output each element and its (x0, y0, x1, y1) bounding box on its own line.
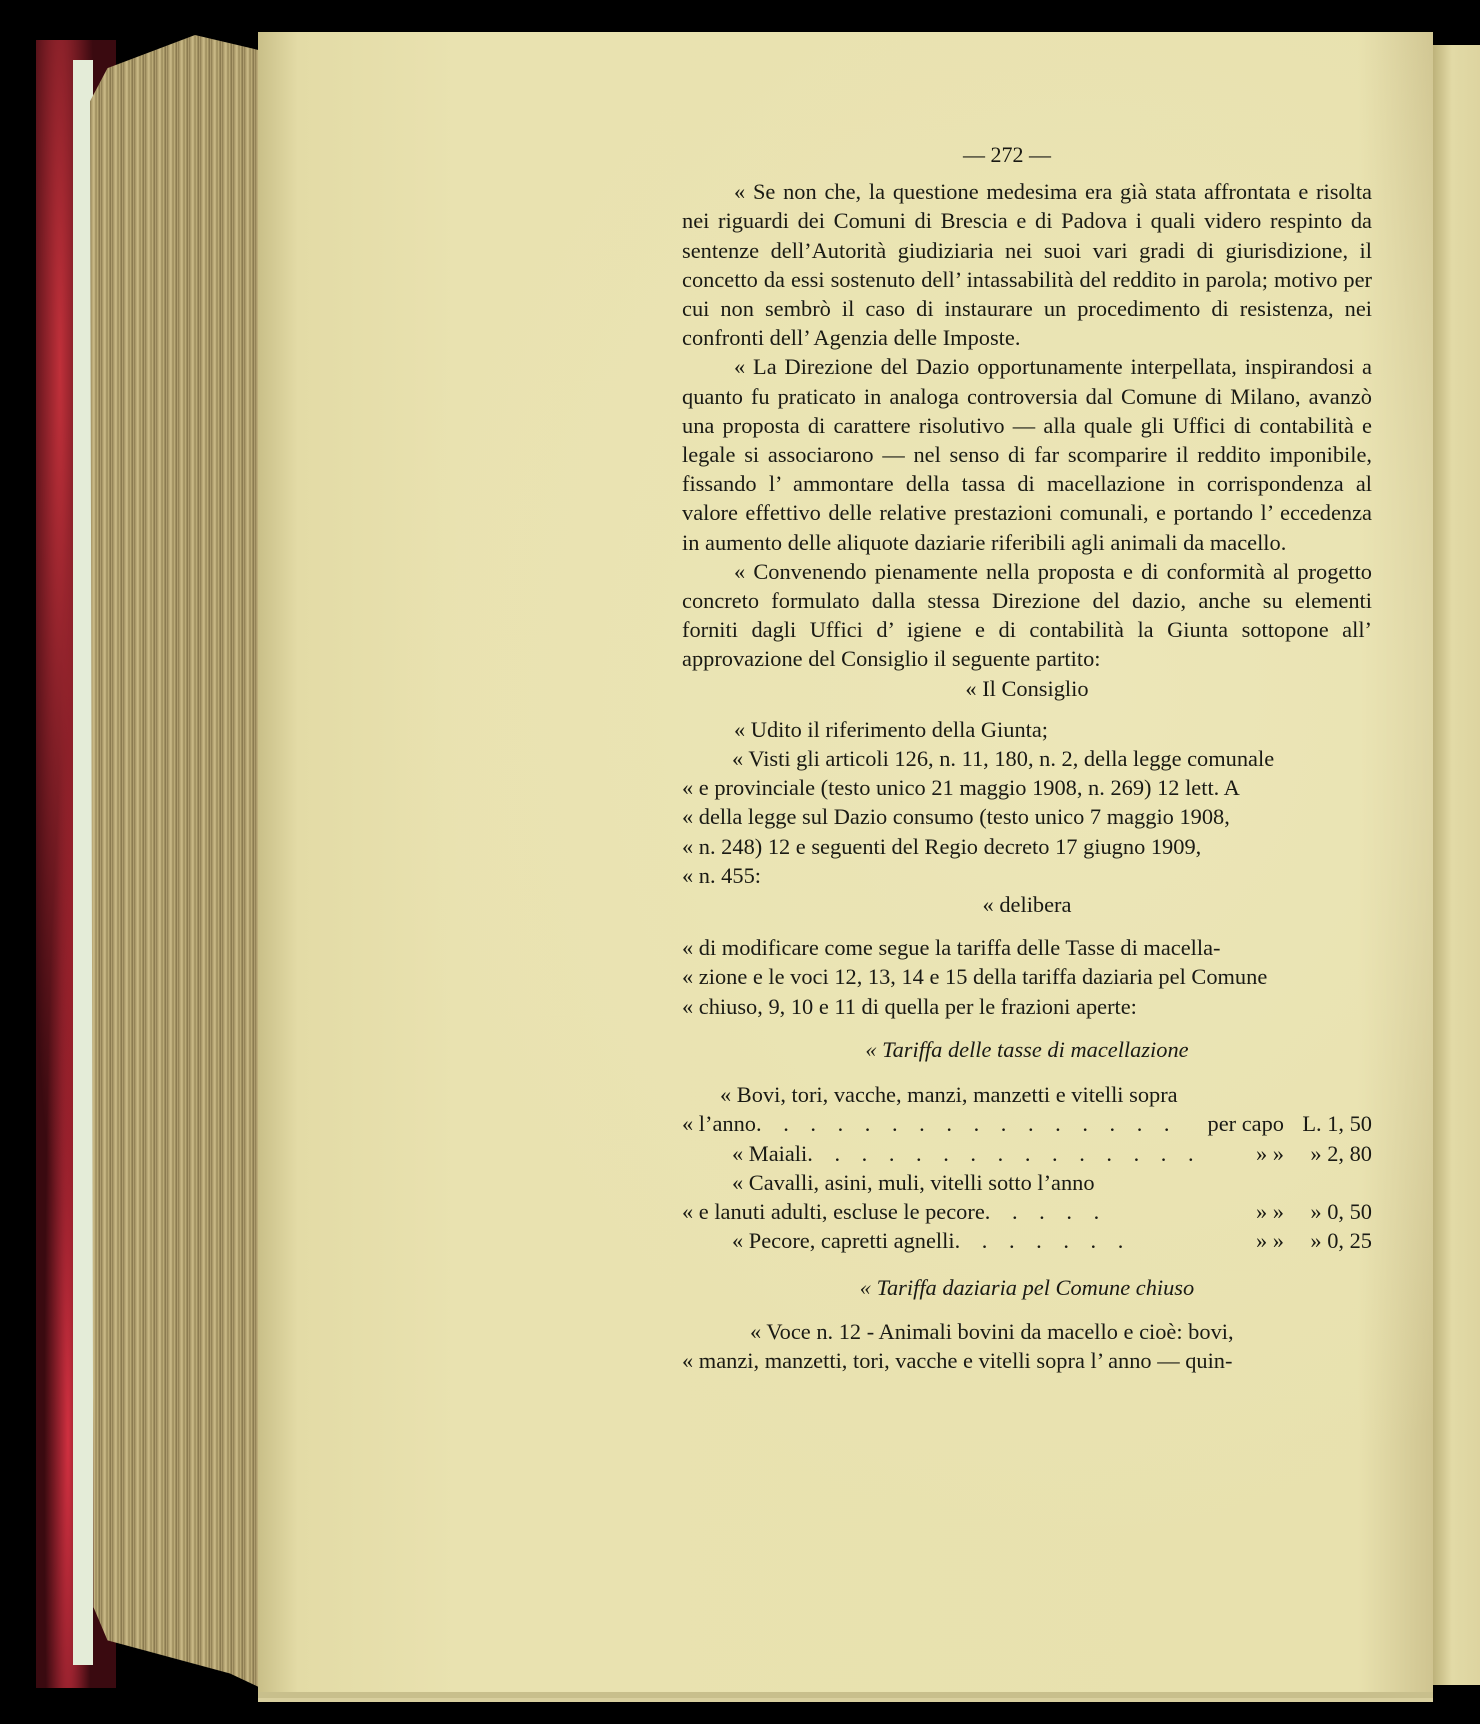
leader-dots: . . . . . . . (955, 1226, 1256, 1255)
tariff-value: 0, 50 (1327, 1199, 1372, 1224)
tariff-unit: » » (1256, 1197, 1284, 1226)
dazio-title: « Tariffa daziaria pel Comune chiuso (682, 1273, 1372, 1302)
tariff-label: « l’anno (682, 1109, 756, 1138)
next-page-edge (1433, 45, 1480, 1685)
tariff-currency: L. (1302, 1111, 1321, 1136)
tariff-unit: per capo (1208, 1109, 1284, 1138)
modificare-line: « chiuso, 9, 10 e 11 di quella per le fr… (682, 992, 1372, 1021)
visti-line: « n. 455: (682, 861, 1372, 890)
voce-line: « manzi, manzetti, tori, vacche e vitell… (682, 1346, 1372, 1375)
tariff-row: « Pecore, capretti agnelli . . . . . . .… (682, 1226, 1372, 1255)
tariff-currency: » (1310, 1199, 1321, 1224)
tariff-label: « Maiali (732, 1139, 807, 1168)
tariff-value: 0, 25 (1327, 1228, 1372, 1253)
modificare-line: « zione e le voci 12, 13, 14 e 15 della … (682, 962, 1372, 991)
tariff-label: « Pecore, capretti agnelli (732, 1226, 955, 1255)
tariff-unit: » » (1256, 1226, 1284, 1255)
visti-line: « Visti gli articoli 126, n. 11, 180, n.… (682, 744, 1372, 773)
visti-line: « n. 248) 12 e seguenti del Regio decret… (682, 832, 1372, 861)
tariff-value: 1, 50 (1327, 1111, 1372, 1136)
visti-line: « della legge sul Dazio consumo (testo u… (682, 802, 1372, 831)
tariff-value: 2, 80 (1327, 1141, 1372, 1166)
leader-dots: . . . . . . . . . . . . . . . . (756, 1109, 1208, 1138)
tariff-unit: » » (1256, 1139, 1284, 1168)
paragraph: « La Direzione del Dazio opportunamente … (682, 352, 1372, 556)
tariff-row: « l’anno . . . . . . . . . . . . . . . .… (682, 1109, 1372, 1138)
tariff-row: « Maiali . . . . . . . . . . . . . . . »… (682, 1139, 1372, 1168)
modificare-line: « di modificare come segue la tariffa de… (682, 933, 1372, 962)
page-number: — 272 — (642, 140, 1372, 169)
visti-line: « e provinciale (testo unico 21 maggio 1… (682, 773, 1372, 802)
heading-delibera: « delibera (682, 890, 1372, 919)
tariff-row: « e lanuti adulti, escluse le pecore . .… (682, 1197, 1372, 1226)
page-text: — 272 — « Se non che, la questione medes… (682, 140, 1372, 1375)
udito-line: « Udito il riferimento della Giunta; (682, 715, 1372, 744)
tariff-currency: » (1310, 1228, 1321, 1253)
tariff-row-pre: « Cavalli, asini, muli, vitelli sotto l’… (682, 1168, 1372, 1197)
leader-dots: . . . . . . . . . . . . . . . (807, 1139, 1256, 1168)
paragraph: « Se non che, la questione medesima era … (682, 177, 1372, 352)
tariff-title: « Tariffa delle tasse di macellazione (682, 1035, 1372, 1064)
tariff-label: « e lanuti adulti, escluse le pecore (682, 1197, 985, 1226)
paragraph: « Convenendo pienamente nella proposta e… (682, 557, 1372, 674)
tariff-currency: » (1310, 1141, 1321, 1166)
endpaper (73, 60, 93, 1665)
tariff-row-pre: « Bovi, tori, vacche, manzi, manzetti e … (682, 1080, 1372, 1109)
voce-line: « Voce n. 12 - Animali bovini da macello… (682, 1317, 1372, 1346)
heading-consiglio: « Il Consiglio (682, 674, 1372, 703)
page-edges-stack (90, 35, 265, 1690)
leader-dots: . . . . . (985, 1197, 1256, 1226)
